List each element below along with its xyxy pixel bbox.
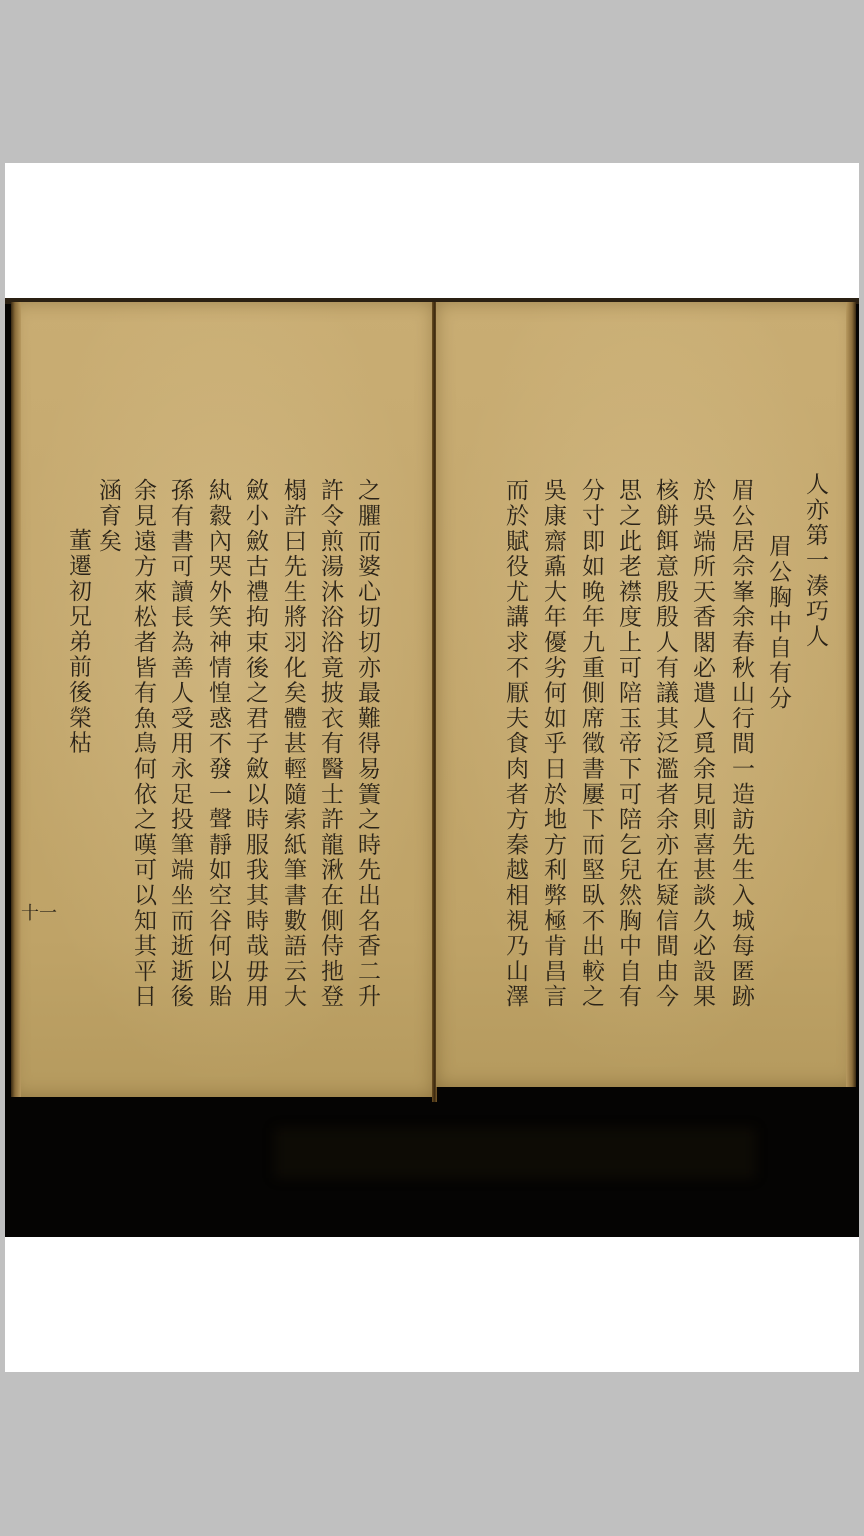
right-column-5: 核餅餌意殷殷人有議其泛濫者余亦在疑信間由今 [650, 478, 680, 1009]
right-column-6: 思之此老襟度上可陪玉帝下可陪乞兒然胸中自有 [613, 478, 643, 1009]
right-column-1: 人亦第一湊巧人 [800, 472, 830, 649]
left-column-2: 許令煎湯沐浴浴竟披衣有醫士許龍湫在側侍扡登 [315, 478, 345, 1009]
book-scan-image: 之臞而婆心切切亦最難得易簀之時先出名香二升 許令煎湯沐浴浴竟披衣有醫士許龍湫在側… [5, 298, 859, 1237]
page-number: 十一 [21, 899, 57, 925]
book-shadow [275, 1128, 755, 1178]
left-column-7: 余見遠方來松者皆有魚鳥何依之嘆可以知其平日 [128, 478, 158, 1009]
left-page: 之臞而婆心切切亦最難得易簀之時先出名香二升 許令煎湯沐浴浴竟披衣有醫士許龍湫在側… [11, 302, 434, 1097]
right-column-8: 吳康齋鼒大年優劣何如乎日於地方利弊極肯昌言 [538, 478, 568, 1009]
right-column-9: 而於賦役尤講求不厭夫食肉者方秦越相視乃山澤 [500, 478, 530, 1009]
right-column-2: 眉公胸中自有分 [763, 534, 793, 711]
left-column-3: 榻許曰先生將羽化矣體甚輕隨索紙筆書數語云大 [278, 478, 308, 1009]
left-column-5: 紈縠內哭外笑神情惶惑不發一聲靜如空谷何以貽 [203, 478, 233, 1009]
left-column-signature: 董遷初兄弟前後榮枯 [63, 528, 93, 756]
right-page: 人亦第一湊巧人 眉公胸中自有分 眉公居佘峯余春秋山行間一造訪先生入城每匿跡 於吳… [436, 302, 856, 1087]
left-column-6: 孫有書可讀長為善人受用永足投筆端坐而逝逝後 [165, 478, 195, 1009]
right-column-3: 眉公居佘峯余春秋山行間一造訪先生入城每匿跡 [726, 478, 756, 1009]
left-column-8: 涵育矣 [93, 478, 123, 554]
right-column-7: 分寸即如晚年九重側席徵書屢下而堅臥不出較之 [576, 478, 606, 1009]
left-column-4: 斂小斂古禮拘束後之君子斂以時服我其時哉毋用 [240, 478, 270, 1009]
left-column-1: 之臞而婆心切切亦最難得易簀之時先出名香二升 [352, 478, 382, 1009]
right-column-4: 於吳端所天香閣必遣人覓余見則喜甚談久必設果 [687, 478, 717, 1009]
